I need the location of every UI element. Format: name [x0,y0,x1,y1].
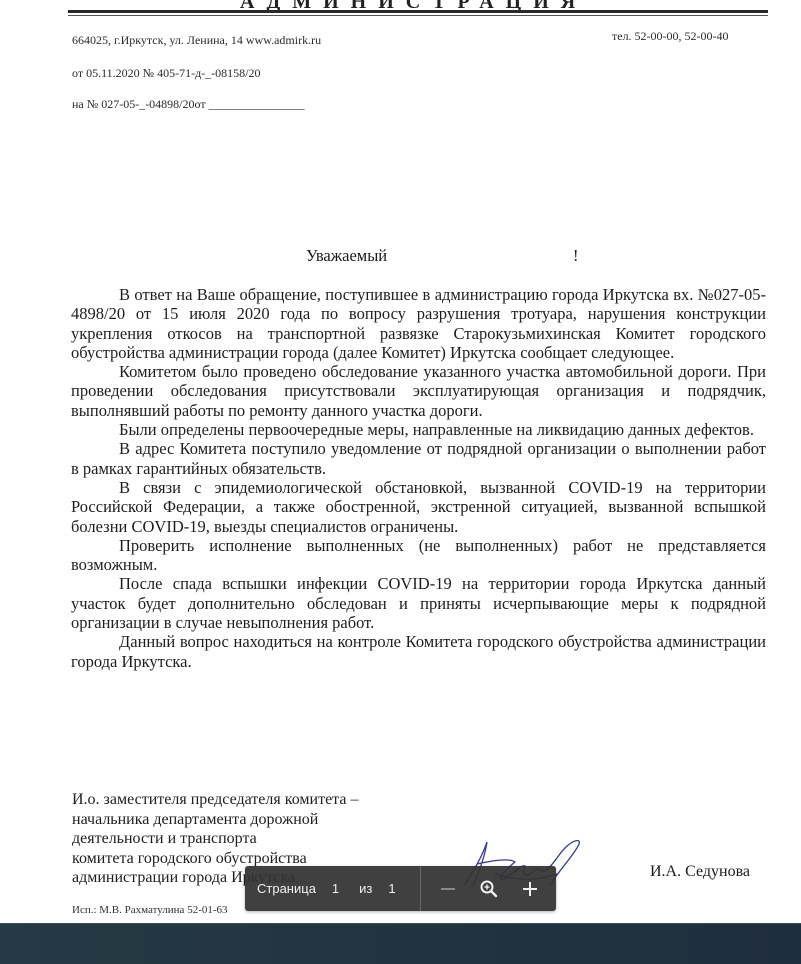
executor-info: Исп.: М.В. Рахматулина 52-01-63 [72,904,228,916]
viewer-background-band [0,923,801,964]
signer-title-line: деятельности и транспорта [72,829,452,849]
zoom-out-button[interactable] [433,874,463,904]
signer-name: И.А. Седунова [650,863,750,881]
of-label: из [359,881,372,896]
greeting: Уважаемый [306,246,387,266]
letterhead-address: 664025, г.Иркутск, ул. Ленина, 14 www.ad… [72,33,321,48]
greeting-exclamation: ! [573,246,579,266]
page-indicator: Страница 1 из 1 [245,866,420,911]
letterhead-phone: тел. 52-00-00, 52-00-40 [612,29,729,44]
zoom-controls [421,866,556,911]
signer-title-line: начальника департамента дорожной [72,810,452,830]
paragraph: В адрес Комитета поступило уведомление о… [71,439,766,478]
outgoing-reference: от 05.11.2020 № 405-71-д-_-08158/20 [72,66,261,81]
zoom-fit-button[interactable] [474,874,504,904]
paragraph: В ответ на Ваше обращение, поступившее в… [71,285,766,362]
incoming-reference: на № 027-05-_-04898/20от _______________… [72,97,305,112]
magnifier-icon [479,879,499,899]
paragraph: В связи с эпидемиологической обстановкой… [71,478,766,536]
letterhead-rule [68,10,768,13]
paragraph: После спада вспышки инфекции COVID-19 на… [71,574,766,632]
letterhead-rule-thin [68,15,768,16]
paragraph: Данный вопрос находиться на контроле Ком… [71,632,766,671]
pdf-viewer-toolbar: Страница 1 из 1 [245,866,556,911]
current-page: 1 [332,881,339,896]
minus-icon [439,880,457,898]
signer-title-line: И.о. заместителя председателя комитета – [72,790,452,810]
plus-icon [521,880,539,898]
document-page: АДМИНИСТРАЦИЯ 664025, г.Иркутск, ул. Лен… [0,0,801,923]
page-label: Страница [257,881,316,896]
total-pages: 1 [388,881,395,896]
letter-body: В ответ на Ваше обращение, поступившее в… [71,285,766,671]
zoom-in-button[interactable] [515,874,545,904]
paragraph: Были определены первоочередные меры, нап… [71,420,766,439]
paragraph: Проверить исполнение выполненных (не вып… [71,536,766,575]
paragraph: Комитетом было проведено обследование ук… [71,362,766,420]
